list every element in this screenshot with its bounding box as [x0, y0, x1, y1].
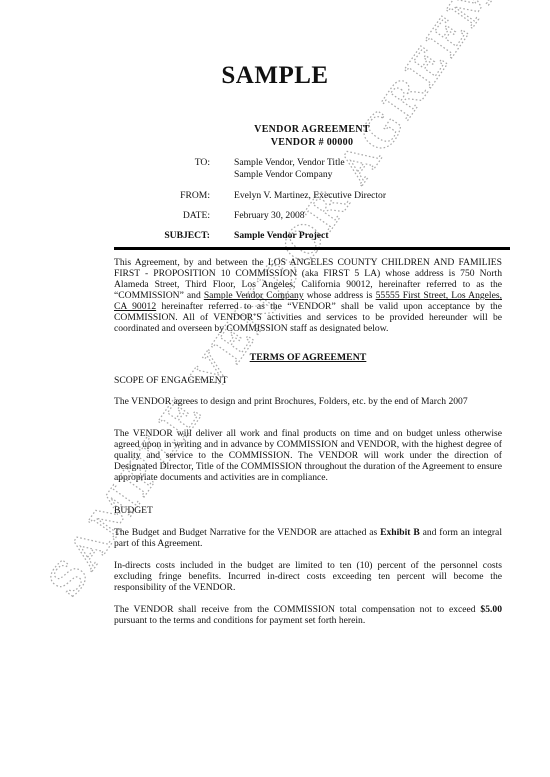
scope-heading: SCOPE OF ENGAGEMENT — [114, 375, 502, 386]
header-divider — [114, 247, 510, 250]
budget-paragraph-1: The Budget and Budget Narrative for the … — [114, 527, 502, 549]
to-vendor-company: Sample Vendor Company — [234, 169, 332, 180]
from-label: FROM: — [100, 190, 210, 202]
budget-text-1a: The Budget and Budget Narrative for the … — [114, 527, 380, 538]
scope-paragraph-2: The VENDOR will deliver all work and fin… — [114, 428, 502, 483]
terms-of-agreement-heading: TERMS OF AGREEMENT — [114, 352, 502, 363]
to-value: Sample Vendor, Vendor Title Sample Vendo… — [234, 157, 345, 180]
sample-watermark: SAMPLE VENDOR AGREEMENT — [0, 0, 550, 777]
scope-paragraph-1: The VENDOR agrees to design and print Br… — [114, 396, 502, 407]
budget-text-3b: pursuant to the terms and conditions for… — [114, 615, 365, 626]
budget-text-3a: The VENDOR shall receive from the COMMIS… — [114, 604, 480, 615]
document-page: SAMPLE VENDOR AGREEMENT SAMPLE VENDOR AG… — [0, 0, 550, 777]
budget-heading: BUDGET — [114, 505, 502, 516]
scope-text-1: The VENDOR agrees to design and print Br… — [114, 396, 502, 407]
budget-text-2: In-directs costs included in the budget … — [114, 560, 502, 593]
intro-paragraph: This Agreement, by and between the LOS A… — [114, 257, 502, 334]
compensation-amount: $5.00 — [480, 604, 502, 615]
from-value: Evelyn V. Martinez, Executive Director — [234, 190, 386, 202]
sample-stamp-title: SAMPLE — [0, 62, 550, 90]
subject-value: Sample Vendor Project — [234, 230, 329, 242]
subject-label: SUBJECT: — [100, 230, 210, 242]
exhibit-reference: Exhibit B — [380, 527, 420, 538]
to-label: TO: — [100, 157, 210, 169]
date-value: February 30, 2008 — [234, 210, 305, 222]
vendor-company-link: Sample Vendor Company — [204, 290, 304, 301]
vendor-number: VENDOR # 00000 — [114, 137, 510, 148]
budget-paragraph-2: In-directs costs included in the budget … — [114, 560, 502, 593]
agreement-heading: VENDOR AGREEMENT — [114, 124, 510, 135]
to-vendor-name: Sample Vendor, Vendor Title — [234, 157, 345, 168]
intro-text-3: hereinafter referred to as the “VENDOR” … — [114, 301, 502, 334]
date-label: DATE: — [100, 210, 210, 222]
intro-text-2: whose address is — [304, 290, 376, 301]
scope-text-2: The VENDOR will deliver all work and fin… — [114, 428, 502, 483]
budget-paragraph-3: The VENDOR shall receive from the COMMIS… — [114, 604, 502, 626]
